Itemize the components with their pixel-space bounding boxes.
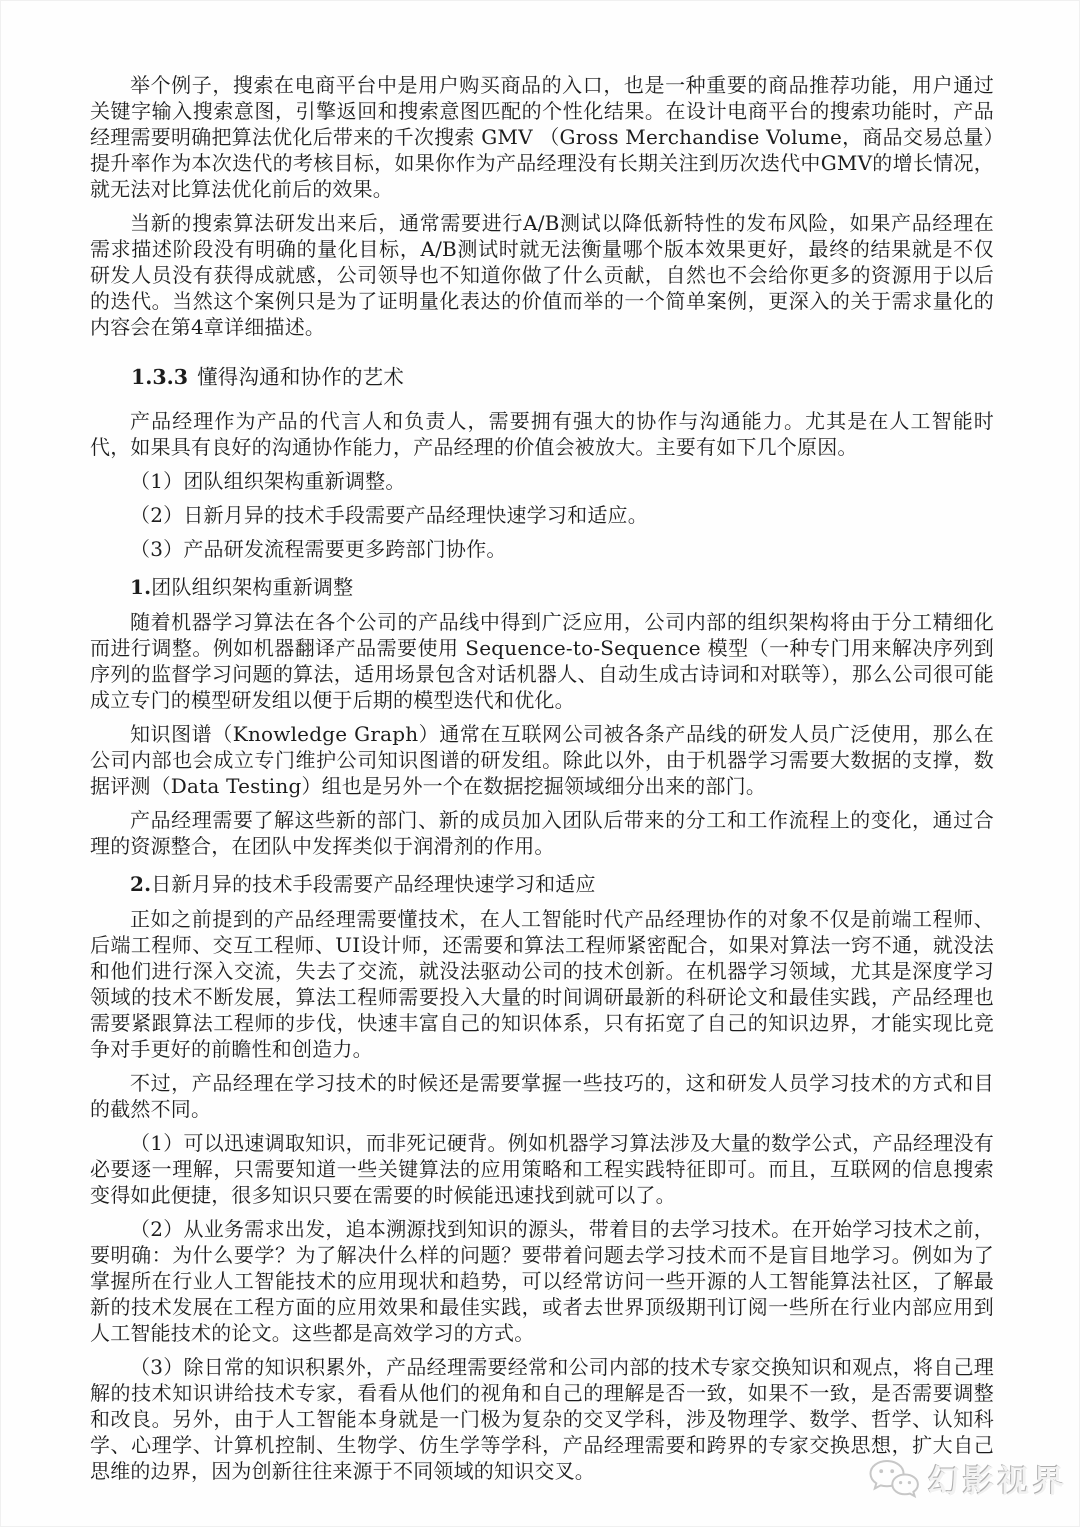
paragraph: 不过，产品经理在学习技术的时候还是需要掌握一些技巧的，这和研发人员学习技术的方式… [90, 1070, 994, 1122]
section-heading: 2.日新月异的技术手段需要产品经理快速学习和适应 [90, 871, 994, 897]
heading-number: 2. [130, 872, 151, 896]
watermark: 幻影视界 [868, 1456, 1068, 1501]
watermark-label: 幻影视界 [928, 1456, 1068, 1501]
heading-number: 1. [130, 575, 151, 599]
paragraph: （1）团队组织架构重新调整。 [90, 468, 994, 494]
paragraph: 产品经理需要了解这些新的部门、新的成员加入团队后带来的分工和工作流程上的变化，通… [90, 807, 994, 859]
wechat-bubbles-icon [868, 1458, 920, 1500]
paragraph: （3）除日常的知识积累外，产品经理需要经常和公司内部的技术专家交换知识和观点，将… [90, 1354, 994, 1484]
paragraph: 知识图谱（Knowledge Graph）通常在互联网公司被各条产品线的研发人员… [90, 721, 994, 799]
paragraph: （2）日新月异的技术手段需要产品经理快速学习和适应。 [90, 502, 994, 528]
heading-number: 1.3.3 [131, 365, 188, 389]
paragraph: 举个例子，搜索在电商平台中是用户购买商品的入口，也是一种重要的商品推荐功能，用户… [90, 72, 994, 202]
paragraph: （3）产品研发流程需要更多跨部门协作。 [90, 536, 994, 562]
paragraph: （1）可以迅速调取知识，而非死记硬背。例如机器学习算法涉及大量的数学公式，产品经… [90, 1130, 994, 1208]
section-heading: 1.团队组织架构重新调整 [90, 574, 994, 600]
document-body: 举个例子，搜索在电商平台中是用户购买商品的入口，也是一种重要的商品推荐功能，用户… [90, 72, 994, 1492]
document-page: 举个例子，搜索在电商平台中是用户购买商品的入口，也是一种重要的商品推荐功能，用户… [0, 0, 1080, 1527]
paragraph: 正如之前提到的产品经理需要懂技术，在人工智能时代产品经理协作的对象不仅是前端工程… [90, 906, 994, 1062]
paragraph: （2）从业务需求出发，追本溯源找到知识的源头，带着目的去学习技术。在开始学习技术… [90, 1216, 994, 1346]
paragraph: 当新的搜索算法研发出来后，通常需要进行A/B测试以降低新特性的发布风险，如果产品… [90, 210, 994, 340]
paragraph: 产品经理作为产品的代言人和负责人，需要拥有强大的协作与沟通能力。尤其是在人工智能… [90, 408, 994, 460]
section-heading: 1.3.3懂得沟通和协作的艺术 [90, 364, 994, 390]
paragraph: 随着机器学习算法在各个公司的产品线中得到广泛应用，公司内部的组织架构将由于分工精… [90, 609, 994, 713]
